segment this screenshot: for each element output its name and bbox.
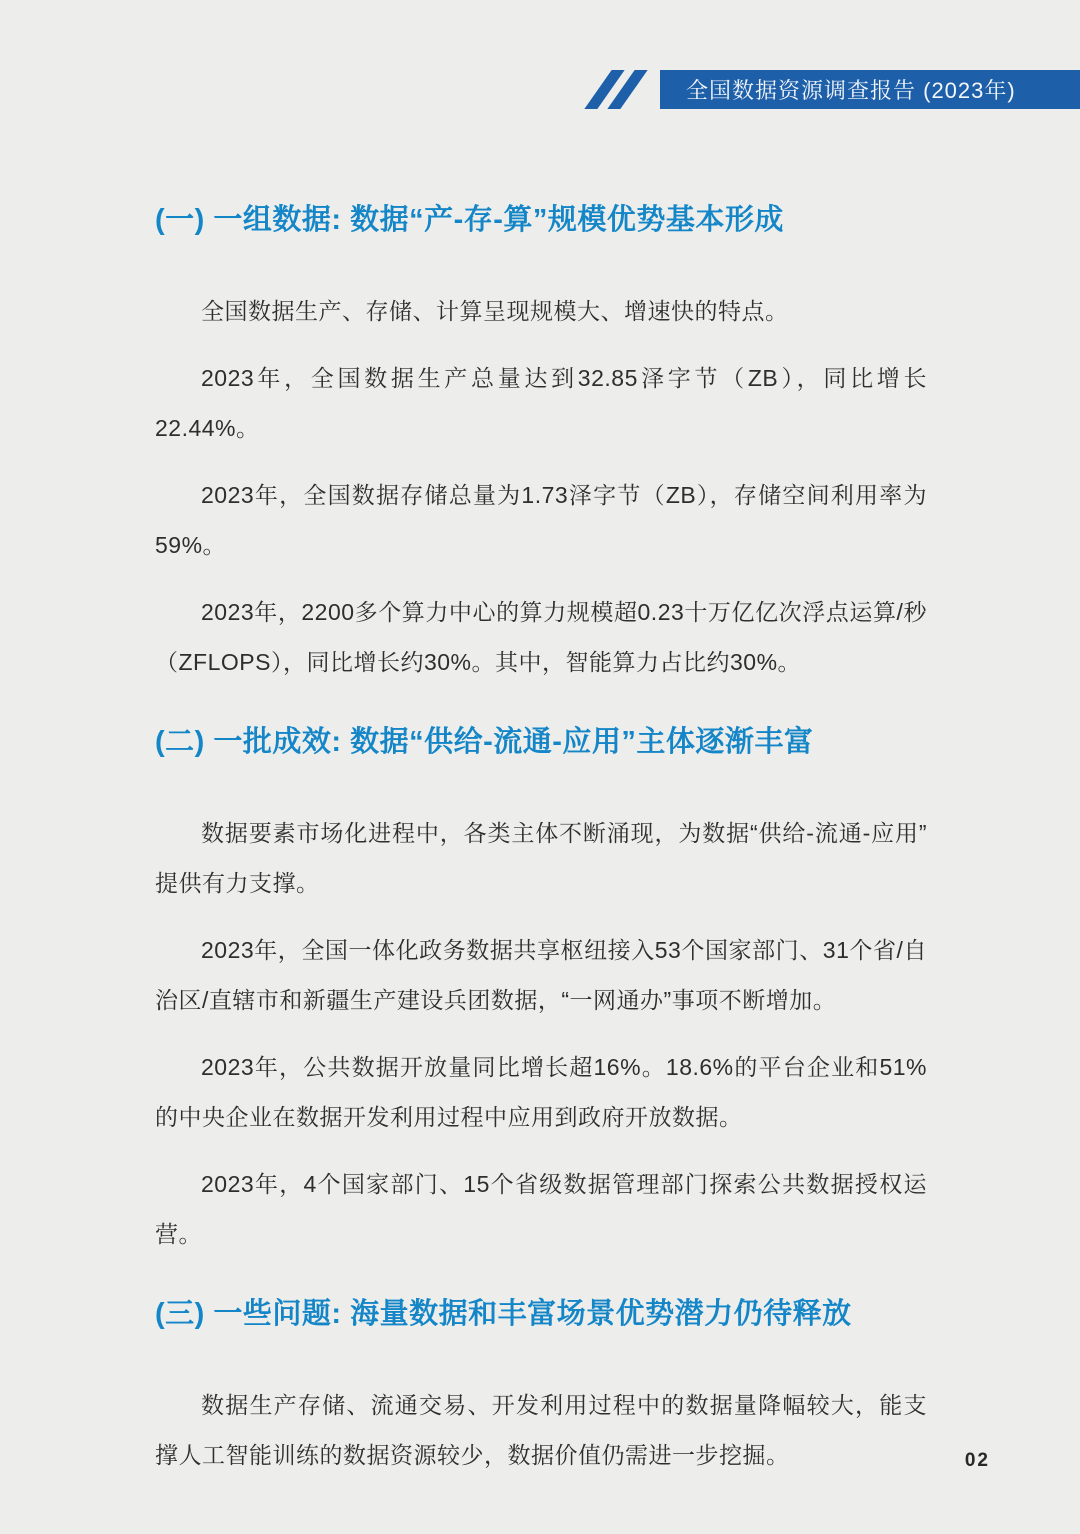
body-paragraph: 全国数据生产、存储、计算呈现规模大、增速快的特点。: [155, 286, 927, 336]
body-paragraph: 2023年，全国数据存储总量为1.73泽字节（ZB），存储空间利用率为59%。: [155, 470, 927, 570]
body-paragraph: 2023年，2200多个算力中心的算力规模超0.23十万亿亿次浮点运算/秒（ZF…: [155, 587, 927, 687]
body-paragraph: 数据要素市场化进程中，各类主体不断涌现，为数据“供给-流通-应用”提供有力支撑。: [155, 808, 927, 908]
report-page: 全国数据资源调查报告 (2023年) (一) 一组数据: 数据“产-存-算”规模…: [0, 0, 1080, 1534]
body-paragraph: 2023年，公共数据开放量同比增长超16%。18.6%的平台企业和51%的中央企…: [155, 1042, 927, 1142]
page-number: 02: [965, 1450, 990, 1472]
page-content: (一) 一组数据: 数据“产-存-算”规模优势基本形成 全国数据生产、存储、计算…: [155, 200, 927, 1497]
body-paragraph: 2023年，全国一体化政务数据共享枢纽接入53个国家部门、31个省/自治区/直辖…: [155, 925, 927, 1025]
body-paragraph: 数据生产存储、流通交易、开发利用过程中的数据量降幅较大，能支撑人工智能训练的数据…: [155, 1380, 927, 1480]
section-1-heading: (一) 一组数据: 数据“产-存-算”规模优势基本形成: [155, 200, 927, 240]
body-paragraph: 2023年，全国数据生产总量达到32.85泽字节（ZB），同比增长22.44%。: [155, 353, 927, 453]
banner-title: 全国数据资源调查报告 (2023年): [686, 74, 1016, 105]
section-2-heading: (二) 一批成效: 数据“供给-流通-应用”主体逐渐丰富: [155, 722, 927, 762]
section-3-heading: (三) 一些问题: 海量数据和丰富场景优势潜力仍待释放: [155, 1294, 927, 1334]
report-title-banner: 全国数据资源调查报告 (2023年): [580, 70, 1080, 109]
banner-bar: 全国数据资源调查报告 (2023年): [660, 70, 1080, 109]
body-paragraph: 2023年，4个国家部门、15个省级数据管理部门探索公共数据授权运营。: [155, 1159, 927, 1259]
